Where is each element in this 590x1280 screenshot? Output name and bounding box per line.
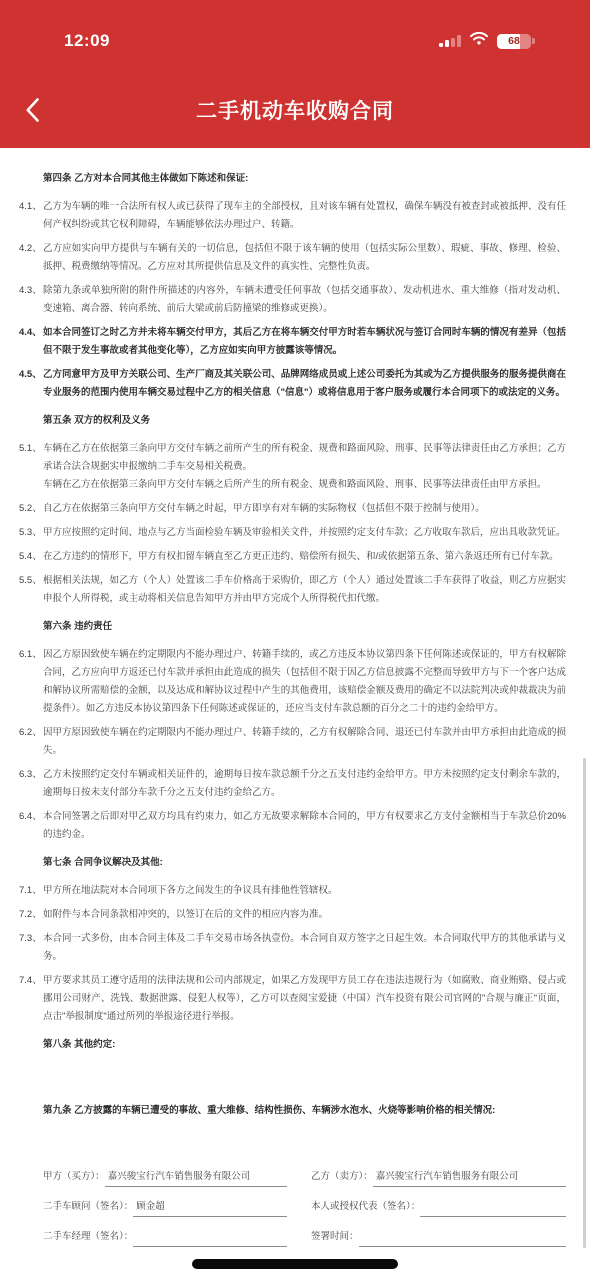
clause-paragraphs: 本合同一式多份，由本合同主体及二手车交易市场各执壹份。本合同自双方签字之日起生效… [43, 930, 566, 966]
clause-paragraphs: 如附件与本合同条款相冲突的，以签订在后的文件的相应内容为准。 [43, 906, 566, 924]
signature-cell: 签署时间： [311, 1228, 566, 1247]
clause-number: 4.2、 [19, 240, 42, 258]
clause-paragraphs: 乙方同意甲方及甲方关联公司、生产厂商及其关联公司、品牌网络成员或上述公司委托为其… [43, 366, 566, 402]
signature-cell: 乙方（卖方）： 嘉兴骏宝行汽车销售服务有限公司 [311, 1168, 566, 1187]
clause-text: 除第九条或单独所附的附件所描述的内容外，车辆未遭受任何事故（包括交通事故）、发动… [43, 282, 566, 318]
contract-clause: 4.1、 乙方为车辆的唯一合法所有权人或已获得了现车主的全部授权，且对该车辆有处… [19, 198, 566, 234]
clause-number: 7.3、 [19, 930, 42, 948]
clause-number: 5.4、 [19, 548, 42, 566]
signature-label: 本人或授权代表（签名）： [311, 1198, 420, 1217]
contract-section: 第四条 乙方对本合同其他主体做如下陈述和保证: 4.1、 乙方为车辆的唯一合法所… [19, 170, 566, 402]
clause-text: 本合同一式多份，由本合同主体及二手车交易市场各执壹份。本合同自双方签字之日起生效… [43, 930, 566, 966]
signature-line[interactable] [359, 1232, 566, 1247]
signature-row: 甲方（买方）： 嘉兴骏宝行汽车销售服务有限公司 乙方（卖方）： 嘉兴骏宝行汽车销… [43, 1168, 566, 1187]
contract-clause: 7.1、 甲方所在地法院对本合同项下各方之间发生的争议具有排他性管辖权。 [19, 882, 566, 900]
clause-text: 根据相关法规，如乙方（个人）处置该二手车价格高于采购价，即乙方（个人）通过处置该… [43, 572, 566, 608]
back-button[interactable] [16, 94, 48, 126]
contract-clause: 6.3、 乙方未按照约定交付车辆或相关证件的，逾期每日按车款总额千分之五支付违约… [19, 766, 566, 802]
home-indicator[interactable] [192, 1259, 398, 1269]
contract-clause: 5.5、 根据相关法规，如乙方（个人）处置该二手车价格高于采购价，即乙方（个人）… [19, 572, 566, 608]
clause-text: 因乙方原因致使车辆在约定期限内不能办理过户、转籍手续的，或乙方违反本协议第四条下… [43, 646, 566, 718]
contract-clause: 4.2、 乙方应如实向甲方提供与车辆有关的一切信息，包括但不限于该车辆的使用（包… [19, 240, 566, 276]
clause-paragraphs: 甲方所在地法院对本合同项下各方之间发生的争议具有排他性管辖权。 [43, 882, 566, 900]
wifi-icon [470, 32, 488, 50]
screen: 12:09 68 [0, 0, 590, 1280]
clause-paragraphs: 本合同签署之后即对甲乙双方均具有约束力，如乙方无故要求解除本合同的，甲方有权要求… [43, 808, 566, 844]
clause-number: 4.1、 [19, 198, 42, 216]
clause-paragraphs: 因甲方原因致使车辆在约定期限内不能办理过户、转籍手续的，乙方有权解除合同、退还已… [43, 724, 566, 760]
contract-clause: 6.1、 因乙方原因致使车辆在约定期限内不能办理过户、转籍手续的，或乙方违反本协… [19, 646, 566, 718]
clause-text: 甲方要求其员工遵守适用的法律法规和公司内部规定，如果乙方发现甲方员工存在违法违规… [43, 972, 566, 1026]
contract-clause: 4.4、 如本合同签订之时乙方并未将车辆交付甲方，其后乙方在将车辆交付甲方时若车… [19, 324, 566, 360]
contract-section: 第九条 乙方披露的车辆已遭受的事故、重大维修、结构性损伤、车辆涉水泡水、火烧等影… [19, 1102, 566, 1120]
section-heading: 第七条 合同争议解决及其他: [43, 854, 566, 872]
clause-number: 7.1、 [19, 882, 42, 900]
contract-sections: 第四条 乙方对本合同其他主体做如下陈述和保证: 4.1、 乙方为车辆的唯一合法所… [19, 170, 566, 1120]
clause-text: 在乙方违约的情形下，甲方有权扣留车辆直至乙方更正违约、赔偿所有损失、和/或依据第… [43, 548, 566, 566]
nav-bar: 二手机动车收购合同 [0, 72, 590, 148]
clause-number: 6.1、 [19, 646, 42, 664]
clause-paragraphs: 乙方未按照约定交付车辆或相关证件的，逾期每日按车款总额千分之五支付违约金给甲方。… [43, 766, 566, 802]
cellular-signal-icon [439, 35, 461, 47]
clause-number: 6.2、 [19, 724, 42, 742]
section-heading: 第四条 乙方对本合同其他主体做如下陈述和保证: [43, 170, 566, 188]
clause-paragraphs: 除第九条或单独所附的附件所描述的内容外，车辆未遭受任何事故（包括交通事故）、发动… [43, 282, 566, 318]
contract-clause: 4.3、 除第九条或单独所附的附件所描述的内容外，车辆未遭受任何事故（包括交通事… [19, 282, 566, 318]
clause-text: 因甲方原因致使车辆在约定期限内不能办理过户、转籍手续的，乙方有权解除合同、退还已… [43, 724, 566, 760]
clause-text: 如附件与本合同条款相冲突的，以签订在后的文件的相应内容为准。 [43, 906, 566, 924]
status-time: 12:09 [64, 31, 110, 51]
section-items: 7.1、 甲方所在地法院对本合同项下各方之间发生的争议具有排他性管辖权。 7.2… [19, 882, 566, 1026]
clause-paragraphs: 车辆在乙方在依据第三条向甲方交付车辆之前所产生的所有税金、规费和路面风险、刑事、… [43, 440, 566, 494]
scrollbar-thumb[interactable] [583, 758, 586, 1248]
clause-paragraphs: 甲方应按照约定时间、地点与乙方当面检验车辆及审验相关文件，并按照约定支付车款；乙… [43, 524, 566, 542]
signature-label: 二手车顾问（签名）： [43, 1198, 133, 1217]
signature-row: 二手车经理（签名）： 签署时间： [43, 1228, 566, 1247]
contract-section: 第五条 双方的权利及义务 5.1、 车辆在乙方在依据第三条向甲方交付车辆之前所产… [19, 412, 566, 608]
clause-number: 5.2、 [19, 500, 42, 518]
signature-value: 嘉兴骏宝行汽车销售服务有限公司 [376, 1171, 519, 1182]
clause-paragraphs: 甲方要求其员工遵守适用的法律法规和公司内部规定，如果乙方发现甲方员工存在违法违规… [43, 972, 566, 1026]
contract-clause: 5.1、 车辆在乙方在依据第三条向甲方交付车辆之前所产生的所有税金、规费和路面风… [19, 440, 566, 494]
signature-cell: 甲方（买方）： 嘉兴骏宝行汽车销售服务有限公司 [43, 1168, 287, 1187]
clause-text: 乙方为车辆的唯一合法所有权人或已获得了现车主的全部授权，且对该车辆有处置权，确保… [43, 198, 566, 234]
contract-section: 第六条 违约责任 6.1、 因乙方原因致使车辆在约定期限内不能办理过户、转籍手续… [19, 618, 566, 844]
clause-text: 车辆在乙方在依据第三条向甲方交付车辆之后所产生的所有税金、规费和路面风险、刑事、… [43, 476, 566, 494]
contract-document: 第四条 乙方对本合同其他主体做如下陈述和保证: 4.1、 乙方为车辆的唯一合法所… [0, 148, 590, 1247]
signature-line[interactable]: 嘉兴骏宝行汽车销售服务有限公司 [373, 1168, 566, 1187]
clause-text: 乙方应如实向甲方提供与车辆有关的一切信息，包括但不限于该车辆的使用（包括实际公里… [43, 240, 566, 276]
section-heading: 第八条 其他约定: [43, 1036, 566, 1054]
clause-paragraphs: 乙方为车辆的唯一合法所有权人或已获得了现车主的全部授权，且对该车辆有处置权，确保… [43, 198, 566, 234]
page-title: 二手机动车收购合同 [196, 95, 394, 125]
contract-clause: 7.4、 甲方要求其员工遵守适用的法律法规和公司内部规定，如果乙方发现甲方员工存… [19, 972, 566, 1026]
signature-line[interactable] [133, 1232, 287, 1247]
clause-number: 4.4、 [19, 324, 42, 342]
signature-line[interactable]: 顾金超 [133, 1198, 287, 1217]
clause-text: 甲方应按照约定时间、地点与乙方当面检验车辆及审验相关文件，并按照约定支付车款；乙… [43, 524, 566, 542]
signature-cell: 本人或授权代表（签名）： [311, 1198, 566, 1217]
clause-text: 乙方同意甲方及甲方关联公司、生产厂商及其关联公司、品牌网络成员或上述公司委托为其… [43, 366, 566, 402]
clause-number: 5.1、 [19, 440, 42, 458]
section-heading: 第五条 双方的权利及义务 [43, 412, 566, 430]
contract-clause: 7.2、 如附件与本合同条款相冲突的，以签订在后的文件的相应内容为准。 [19, 906, 566, 924]
contract-clause: 4.5、 乙方同意甲方及甲方关联公司、生产厂商及其关联公司、品牌网络成员或上述公… [19, 366, 566, 402]
signature-value: 嘉兴骏宝行汽车销售服务有限公司 [108, 1171, 251, 1182]
clause-text: 乙方未按照约定交付车辆或相关证件的，逾期每日按车款总额千分之五支付违约金给甲方。… [43, 766, 566, 802]
clause-number: 5.3、 [19, 524, 42, 542]
signature-line[interactable]: 嘉兴骏宝行汽车销售服务有限公司 [105, 1168, 287, 1187]
contract-clause: 5.2、 自乙方在依据第三条向甲方交付车辆之时起，甲方即享有对车辆的实际物权（包… [19, 500, 566, 518]
status-icons: 68 [439, 32, 535, 50]
status-bar: 12:09 68 [0, 0, 590, 72]
section-heading: 第九条 乙方披露的车辆已遭受的事故、重大维修、结构性损伤、车辆涉水泡水、火烧等影… [43, 1102, 566, 1120]
contract-section: 第八条 其他约定: [19, 1036, 566, 1054]
clause-paragraphs: 如本合同签订之时乙方并未将车辆交付甲方，其后乙方在将车辆交付甲方时若车辆状况与签… [43, 324, 566, 360]
clause-paragraphs: 乙方应如实向甲方提供与车辆有关的一切信息，包括但不限于该车辆的使用（包括实际公里… [43, 240, 566, 276]
section-items: 5.1、 车辆在乙方在依据第三条向甲方交付车辆之前所产生的所有税金、规费和路面风… [19, 440, 566, 608]
clause-paragraphs: 因乙方原因致使车辆在约定期限内不能办理过户、转籍手续的，或乙方违反本协议第四条下… [43, 646, 566, 718]
signature-label: 二手车经理（签名）： [43, 1228, 133, 1247]
signature-cell: 二手车顾问（签名）： 顾金超 [43, 1198, 287, 1217]
clause-paragraphs: 自乙方在依据第三条向甲方交付车辆之时起，甲方即享有对车辆的实际物权（包括但不限于… [43, 500, 566, 518]
contract-clause: 6.2、 因甲方原因致使车辆在约定期限内不能办理过户、转籍手续的，乙方有权解除合… [19, 724, 566, 760]
signature-row: 二手车顾问（签名）： 顾金超 本人或授权代表（签名）： [43, 1198, 566, 1217]
clause-text: 甲方所在地法院对本合同项下各方之间发生的争议具有排他性管辖权。 [43, 882, 566, 900]
battery-nub [532, 38, 535, 44]
clause-text: 车辆在乙方在依据第三条向甲方交付车辆之前所产生的所有税金、规费和路面风险、刑事、… [43, 440, 566, 476]
clause-number: 4.3、 [19, 282, 42, 300]
clause-paragraphs: 在乙方违约的情形下，甲方有权扣留车辆直至乙方更正违约、赔偿所有损失、和/或依据第… [43, 548, 566, 566]
clause-paragraphs: 根据相关法规，如乙方（个人）处置该二手车价格高于采购价，即乙方（个人）通过处置该… [43, 572, 566, 608]
signature-label: 甲方（买方）： [43, 1168, 105, 1187]
contract-clause: 7.3、 本合同一式多份，由本合同主体及二手车交易市场各执壹份。本合同自双方签字… [19, 930, 566, 966]
contract-clause: 6.4、 本合同签署之后即对甲乙双方均具有约束力，如乙方无故要求解除本合同的，甲… [19, 808, 566, 844]
battery-icon: 68 [497, 34, 531, 49]
contract-clause: 5.4、 在乙方违约的情形下，甲方有权扣留车辆直至乙方更正违约、赔偿所有损失、和… [19, 548, 566, 566]
clause-number: 4.5、 [19, 366, 42, 384]
clause-number: 5.5、 [19, 572, 42, 590]
clause-text: 自乙方在依据第三条向甲方交付车辆之时起，甲方即享有对车辆的实际物权（包括但不限于… [43, 500, 566, 518]
signature-block: 甲方（买方）： 嘉兴骏宝行汽车销售服务有限公司 乙方（卖方）： 嘉兴骏宝行汽车销… [43, 1168, 566, 1247]
section-items: 6.1、 因乙方原因致使车辆在约定期限内不能办理过户、转籍手续的，或乙方违反本协… [19, 646, 566, 844]
signature-value: 顾金超 [136, 1201, 165, 1212]
clause-number: 7.2、 [19, 906, 42, 924]
signature-cell: 二手车经理（签名）： [43, 1228, 287, 1247]
clause-text: 如本合同签订之时乙方并未将车辆交付甲方，其后乙方在将车辆交付甲方时若车辆状况与签… [43, 324, 566, 360]
clause-number: 6.3、 [19, 766, 42, 784]
top-bar: 12:09 68 [0, 0, 590, 148]
clause-number: 6.4、 [19, 808, 42, 826]
battery-percent: 68 [497, 34, 531, 49]
signature-label: 乙方（卖方）： [311, 1168, 373, 1187]
clause-number: 7.4、 [19, 972, 42, 990]
clause-text: 本合同签署之后即对甲乙双方均具有约束力，如乙方无故要求解除本合同的，甲方有权要求… [43, 808, 566, 844]
contract-clause: 5.3、 甲方应按照约定时间、地点与乙方当面检验车辆及审验相关文件，并按照约定支… [19, 524, 566, 542]
signature-line[interactable] [420, 1202, 566, 1217]
section-items: 4.1、 乙方为车辆的唯一合法所有权人或已获得了现车主的全部授权，且对该车辆有处… [19, 198, 566, 402]
section-heading: 第六条 违约责任 [43, 618, 566, 636]
contract-section: 第七条 合同争议解决及其他: 7.1、 甲方所在地法院对本合同项下各方之间发生的… [19, 854, 566, 1026]
signature-label: 签署时间： [311, 1228, 359, 1247]
